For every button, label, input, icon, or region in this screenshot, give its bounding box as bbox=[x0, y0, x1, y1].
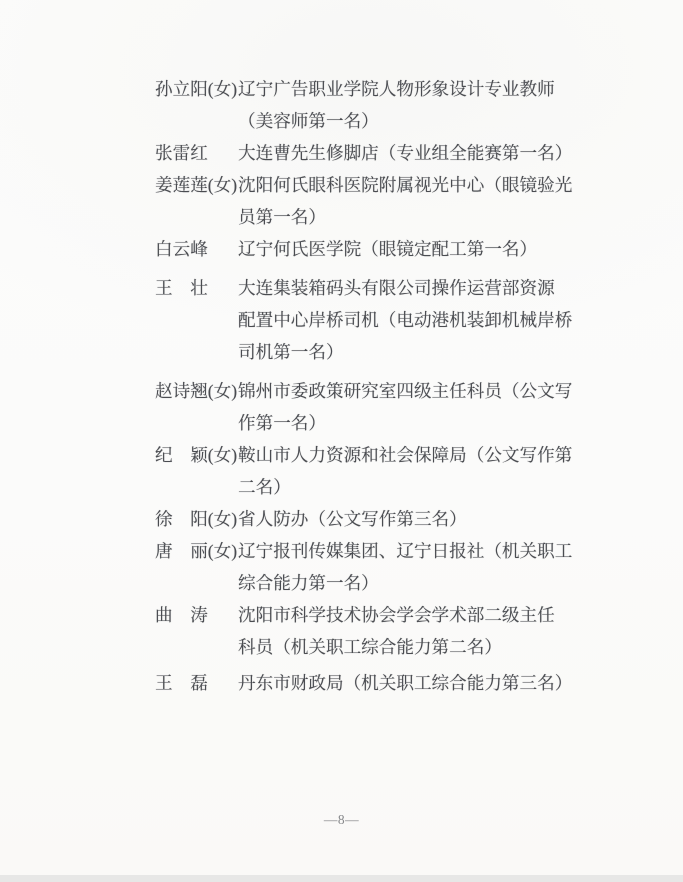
winner-name: 姜莲莲(女) bbox=[155, 169, 238, 201]
scan-edge-artifact bbox=[0, 875, 683, 882]
winner-name: 王 壮 bbox=[155, 272, 238, 304]
winner-name: 白云峰 bbox=[155, 233, 238, 265]
list-item: 王 壮 大连集装箱码头有限公司操作运营部资源 配置中心岸桥司机（电动港机装卸机械… bbox=[155, 272, 625, 368]
winner-description: 丹东市财政局（机关职工综合能力第三名） bbox=[238, 667, 606, 699]
page-number: —8— bbox=[0, 812, 683, 828]
winner-name: 唐 丽(女) bbox=[155, 535, 238, 567]
list-item: 赵诗翘(女) 锦州市委政策研究室四级主任科员（公文写 作第一名） bbox=[155, 375, 625, 439]
winner-name: 赵诗翘(女) bbox=[155, 375, 238, 407]
award-winner-list: 孙立阳(女) 辽宁广告职业学院人物形象设计专业教师 （美容师第一名） 张雷红 大… bbox=[155, 73, 625, 699]
list-item: 姜莲莲(女) 沈阳何氏眼科医院附属视光中心（眼镜验光 员第一名） bbox=[155, 169, 625, 233]
list-item: 纪 颖(女) 鞍山市人力资源和社会保障局（公文写作第 二名） bbox=[155, 439, 625, 503]
list-item: 孙立阳(女) 辽宁广告职业学院人物形象设计专业教师 （美容师第一名） bbox=[155, 73, 625, 137]
winner-name: 王 磊 bbox=[155, 667, 238, 699]
winner-description: 沈阳市科学技术协会学会学术部二级主任 科员（机关职工综合能力第二名） bbox=[238, 599, 606, 663]
winner-name: 张雷红 bbox=[155, 137, 238, 169]
winner-description: 大连集装箱码头有限公司操作运营部资源 配置中心岸桥司机（电动港机装卸机械岸桥 司… bbox=[238, 272, 606, 368]
winner-description: 沈阳何氏眼科医院附属视光中心（眼镜验光 员第一名） bbox=[238, 169, 606, 233]
winner-name: 徐 阳(女) bbox=[155, 503, 238, 535]
winner-description: 辽宁何氏医学院（眼镜定配工第一名） bbox=[238, 233, 606, 265]
winner-description: 省人防办（公文写作第三名） bbox=[238, 503, 606, 535]
list-item: 唐 丽(女) 辽宁报刊传媒集团、辽宁日报社（机关职工 综合能力第一名） bbox=[155, 535, 625, 599]
winner-name: 孙立阳(女) bbox=[155, 73, 238, 105]
list-item: 张雷红 大连曹先生修脚店（专业组全能赛第一名） bbox=[155, 137, 625, 169]
list-item: 王 磊 丹东市财政局（机关职工综合能力第三名） bbox=[155, 667, 625, 699]
winner-description: 锦州市委政策研究室四级主任科员（公文写 作第一名） bbox=[238, 375, 606, 439]
document-page: 孙立阳(女) 辽宁广告职业学院人物形象设计专业教师 （美容师第一名） 张雷红 大… bbox=[0, 0, 683, 882]
list-item: 曲 涛 沈阳市科学技术协会学会学术部二级主任 科员（机关职工综合能力第二名） bbox=[155, 599, 625, 663]
winner-description: 鞍山市人力资源和社会保障局（公文写作第 二名） bbox=[238, 439, 606, 503]
winner-name: 曲 涛 bbox=[155, 599, 238, 631]
list-item: 徐 阳(女) 省人防办（公文写作第三名） bbox=[155, 503, 625, 535]
winner-description: 大连曹先生修脚店（专业组全能赛第一名） bbox=[238, 137, 606, 169]
winner-description: 辽宁报刊传媒集团、辽宁日报社（机关职工 综合能力第一名） bbox=[238, 535, 606, 599]
winner-name: 纪 颖(女) bbox=[155, 439, 238, 471]
list-item: 白云峰 辽宁何氏医学院（眼镜定配工第一名） bbox=[155, 233, 625, 265]
winner-description: 辽宁广告职业学院人物形象设计专业教师 （美容师第一名） bbox=[238, 73, 606, 137]
